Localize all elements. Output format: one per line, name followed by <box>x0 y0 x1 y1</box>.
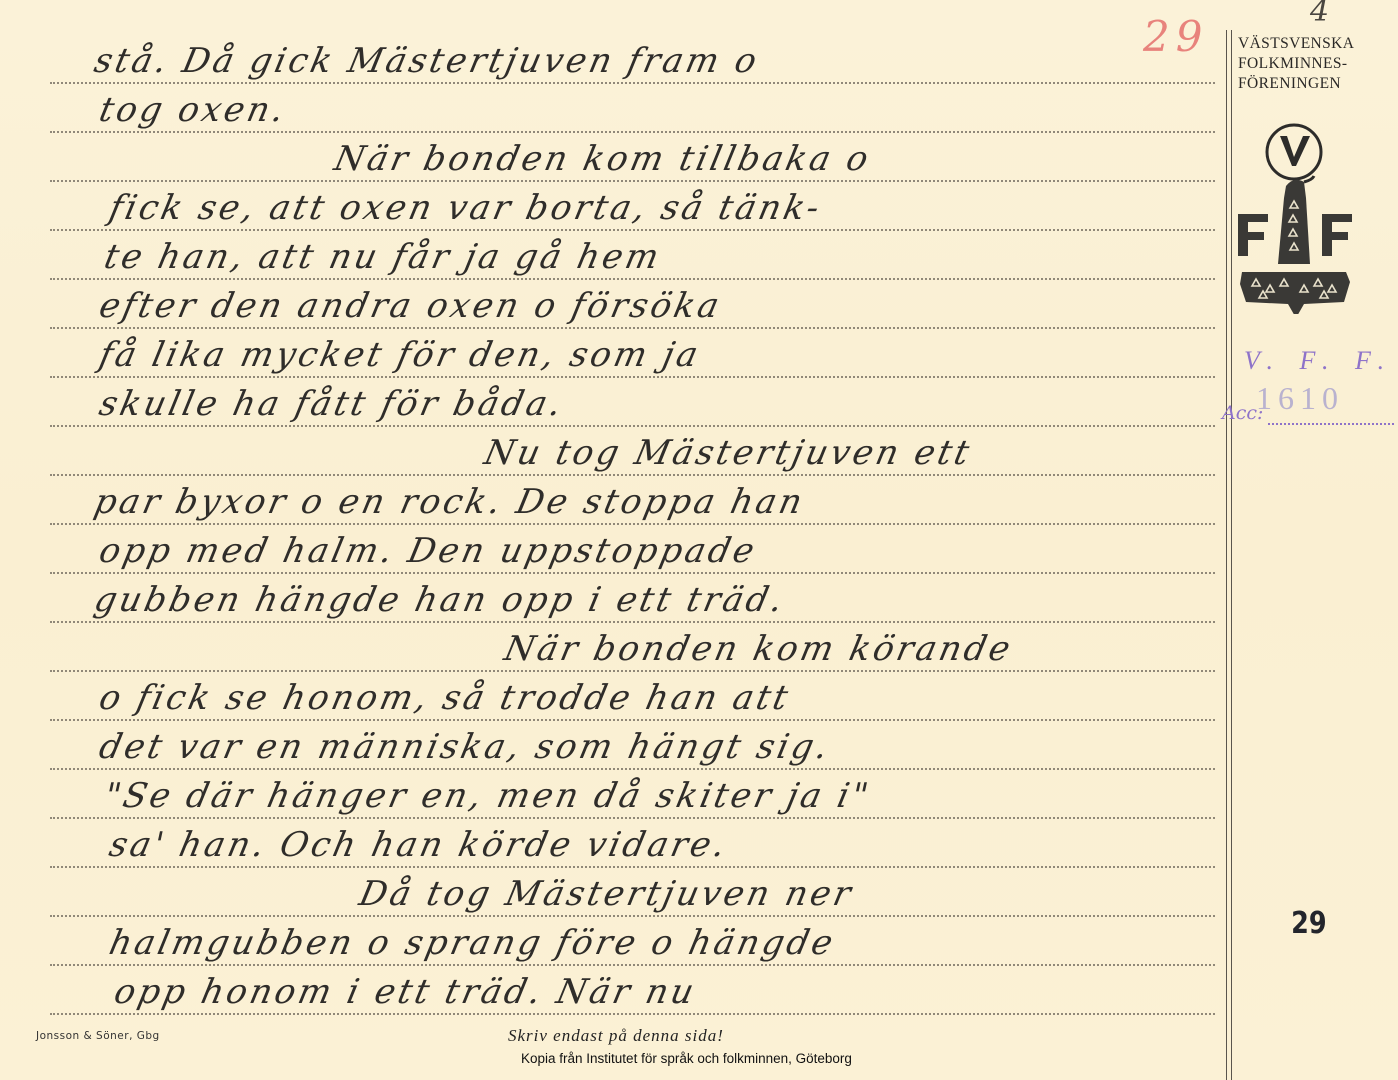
org-line: VÄSTSVENSKA <box>1238 34 1378 54</box>
page-number: 29 <box>1291 906 1326 941</box>
org-line: FOLKMINNES- <box>1238 54 1378 74</box>
copy-source-note: Kopia från Institutet för språk och folk… <box>521 1051 852 1066</box>
manuscript-page: stå. Då gick Mästertjuven fram o tog oxe… <box>0 0 1398 1080</box>
thors-hammer-icon <box>1234 114 1364 314</box>
accession-dotted-line <box>1268 423 1394 425</box>
handwritten-line: få lika mycket för den, som ja <box>95 332 705 378</box>
pencil-sheet-mark: 4 <box>1310 0 1329 29</box>
handwritten-line: opp honom i ett träd. När nu <box>110 969 701 1015</box>
margin-rule <box>1231 30 1232 1080</box>
handwritten-line: "Se där hänger en, men då skiter ja i" <box>100 773 875 819</box>
handwritten-line: det var en människa, som hängt sig. <box>95 724 835 770</box>
handwritten-line: gubben hängde han opp i ett träd. <box>90 577 790 623</box>
handwritten-line: halmgubben o sprang före o hängde <box>105 920 840 966</box>
write-one-side-instruction: Skriv endast på denna sida! <box>508 1026 724 1046</box>
handwritten-line: fick se, att oxen var borta, så tänk- <box>105 185 826 231</box>
handwritten-line: Då tog Mästertjuven ner <box>355 871 858 917</box>
accession-label: Acc: <box>1222 402 1263 424</box>
handwritten-line: te han, att nu får ja gå hem <box>100 234 666 280</box>
handwritten-line: När bonden kom körande <box>500 626 1017 672</box>
handwritten-line: stå. Då gick Mästertjuven fram o <box>90 38 764 84</box>
handwritten-line: skulle ha fått för båda. <box>95 381 568 427</box>
org-line: FÖRENINGEN <box>1238 74 1378 94</box>
organization-header: VÄSTSVENSKA FOLKMINNES- FÖRENINGEN <box>1238 34 1378 94</box>
margin-rule <box>1226 30 1227 1080</box>
vff-stamp: V. F. F. <box>1244 346 1394 376</box>
printer-imprint: Jonsson & Söner, Gbg <box>36 1030 160 1042</box>
accession-number: 1610 <box>1256 380 1344 417</box>
handwritten-line: tog oxen. <box>95 87 291 133</box>
handwritten-line: o fick se honom, så trodde han att <box>95 675 795 721</box>
handwritten-line: Nu tog Mästertjuven ett <box>480 430 976 476</box>
handwritten-line: När bonden kom tillbaka o <box>330 136 875 182</box>
handwritten-line: sa' han. Och han körde vidare. <box>105 822 732 868</box>
handwritten-line: efter den andra oxen o försöka <box>95 283 726 329</box>
handwritten-line: opp med halm. Den uppstoppade <box>95 528 761 574</box>
archive-number-red: 29 <box>1143 12 1208 61</box>
handwritten-line: par byxor o en rock. De stoppa han <box>90 479 809 525</box>
